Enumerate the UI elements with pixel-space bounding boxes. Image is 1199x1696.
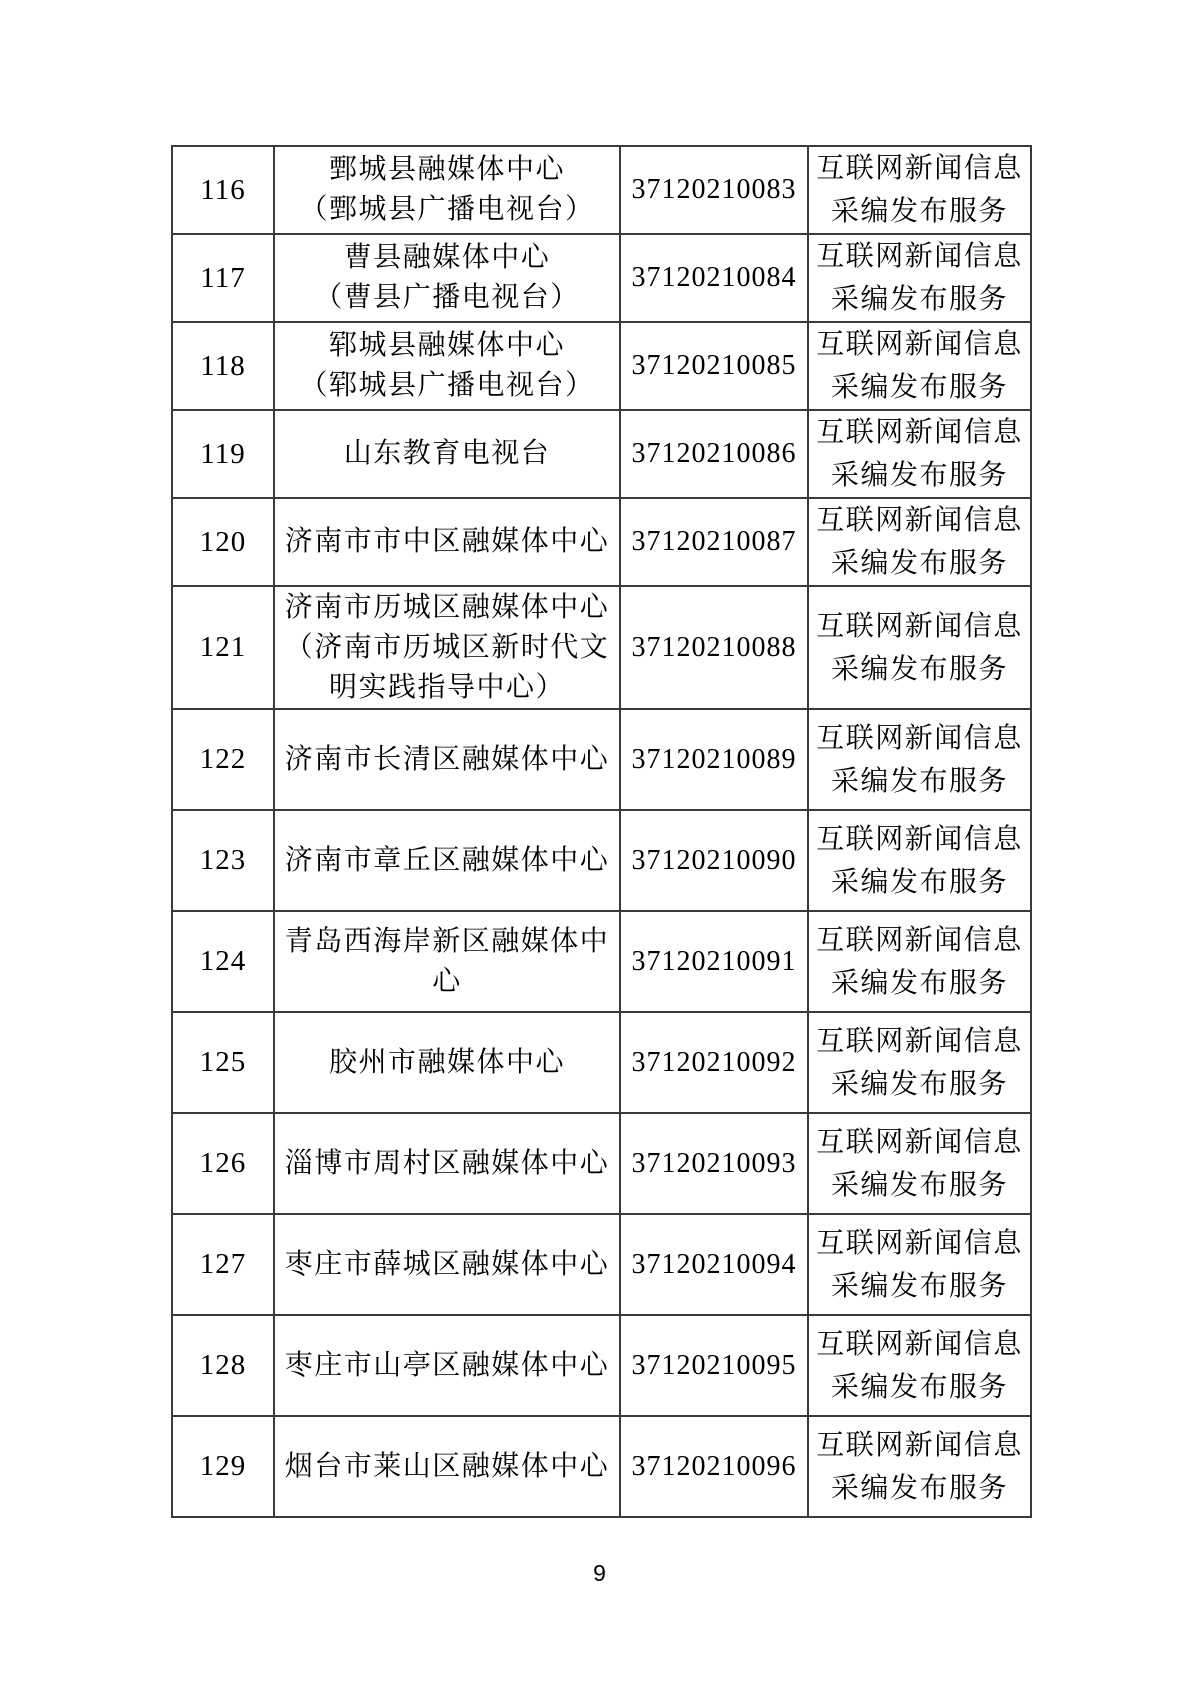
row-index: 128 <box>172 1315 274 1416</box>
service-type-line: 互联网新闻信息 <box>809 717 1030 760</box>
table-row: 126 淄博市周村区融媒体中心 37120210093 互联网新闻信息采编发布服… <box>172 1113 1031 1214</box>
org-name-line: 明实践指导中心） <box>275 668 619 708</box>
org-name-line: 枣庄市山亭区融媒体中心 <box>275 1346 619 1386</box>
row-index: 129 <box>172 1416 274 1517</box>
service-type-line: 互联网新闻信息 <box>809 1020 1030 1063</box>
table-row: 127 枣庄市薛城区融媒体中心 37120210094 互联网新闻信息采编发布服… <box>172 1214 1031 1315</box>
org-name-line: 青岛西海岸新区融媒体中心 <box>275 922 619 1002</box>
license-number: 37120210089 <box>620 709 808 810</box>
document-page: 116 鄄城县融媒体中心（鄄城县广播电视台） 37120210083 互联网新闻… <box>0 0 1199 1696</box>
org-name: 曹县融媒体中心（曹县广播电视台） <box>274 234 620 322</box>
table-row: 116 鄄城县融媒体中心（鄄城县广播电视台） 37120210083 互联网新闻… <box>172 146 1031 234</box>
service-type: 互联网新闻信息采编发布服务 <box>808 586 1031 709</box>
service-type-line: 采编发布服务 <box>809 278 1030 321</box>
table-row: 120 济南市市中区融媒体中心 37120210087 互联网新闻信息采编发布服… <box>172 498 1031 586</box>
service-type-line: 采编发布服务 <box>809 1265 1030 1308</box>
row-index: 124 <box>172 911 274 1012</box>
license-number: 37120210094 <box>620 1214 808 1315</box>
service-type-line: 采编发布服务 <box>809 760 1030 803</box>
org-name-line: （鄄城县广播电视台） <box>275 190 619 230</box>
service-type-line: 采编发布服务 <box>809 1467 1030 1510</box>
service-type-line: 采编发布服务 <box>809 861 1030 904</box>
service-type: 互联网新闻信息采编发布服务 <box>808 709 1031 810</box>
license-number: 37120210096 <box>620 1416 808 1517</box>
table-row: 129 烟台市莱山区融媒体中心 37120210096 互联网新闻信息采编发布服… <box>172 1416 1031 1517</box>
license-number: 37120210090 <box>620 810 808 911</box>
org-name: 烟台市莱山区融媒体中心 <box>274 1416 620 1517</box>
service-type-line: 采编发布服务 <box>809 454 1030 497</box>
license-number: 37120210095 <box>620 1315 808 1416</box>
service-type: 互联网新闻信息采编发布服务 <box>808 1113 1031 1214</box>
row-index: 125 <box>172 1012 274 1113</box>
org-name: 胶州市融媒体中心 <box>274 1012 620 1113</box>
service-type-line: 采编发布服务 <box>809 366 1030 409</box>
service-type-line: 互联网新闻信息 <box>809 1121 1030 1164</box>
service-type: 互联网新闻信息采编发布服务 <box>808 810 1031 911</box>
license-number: 37120210088 <box>620 586 808 709</box>
row-index: 123 <box>172 810 274 911</box>
org-name-line: 枣庄市薛城区融媒体中心 <box>275 1245 619 1285</box>
org-name-line: 济南市市中区融媒体中心 <box>275 522 619 562</box>
license-number: 37120210084 <box>620 234 808 322</box>
license-number: 37120210093 <box>620 1113 808 1214</box>
table-row: 119 山东教育电视台 37120210086 互联网新闻信息采编发布服务 <box>172 410 1031 498</box>
service-type: 互联网新闻信息采编发布服务 <box>808 1012 1031 1113</box>
service-type-line: 采编发布服务 <box>809 962 1030 1005</box>
service-type-line: 互联网新闻信息 <box>809 235 1030 278</box>
org-name: 济南市市中区融媒体中心 <box>274 498 620 586</box>
service-type-line: 互联网新闻信息 <box>809 1323 1030 1366</box>
org-name-line: 山东教育电视台 <box>275 434 619 474</box>
row-index: 118 <box>172 322 274 410</box>
service-type-line: 采编发布服务 <box>809 1366 1030 1409</box>
service-type: 互联网新闻信息采编发布服务 <box>808 146 1031 234</box>
service-type-line: 互联网新闻信息 <box>809 1424 1030 1467</box>
row-index: 116 <box>172 146 274 234</box>
org-name-line: 烟台市莱山区融媒体中心 <box>275 1447 619 1487</box>
org-name-line: 济南市长清区融媒体中心 <box>275 740 619 780</box>
org-name-line: 济南市历城区融媒体中心 <box>275 588 619 628</box>
license-number: 37120210092 <box>620 1012 808 1113</box>
license-number: 37120210091 <box>620 911 808 1012</box>
table-row: 125 胶州市融媒体中心 37120210092 互联网新闻信息采编发布服务 <box>172 1012 1031 1113</box>
service-type-line: 互联网新闻信息 <box>809 919 1030 962</box>
row-index: 117 <box>172 234 274 322</box>
service-type-line: 采编发布服务 <box>809 190 1030 233</box>
service-type: 互联网新闻信息采编发布服务 <box>808 322 1031 410</box>
service-type-line: 互联网新闻信息 <box>809 1222 1030 1265</box>
license-table: 116 鄄城县融媒体中心（鄄城县广播电视台） 37120210083 互联网新闻… <box>171 145 1032 1518</box>
org-name-line: （曹县广播电视台） <box>275 278 619 318</box>
row-index: 121 <box>172 586 274 709</box>
service-type: 互联网新闻信息采编发布服务 <box>808 1315 1031 1416</box>
table-row: 117 曹县融媒体中心（曹县广播电视台） 37120210084 互联网新闻信息… <box>172 234 1031 322</box>
license-number: 37120210083 <box>620 146 808 234</box>
service-type: 互联网新闻信息采编发布服务 <box>808 1214 1031 1315</box>
table-row: 121 济南市历城区融媒体中心（济南市历城区新时代文明实践指导中心） 37120… <box>172 586 1031 709</box>
service-type: 互联网新闻信息采编发布服务 <box>808 234 1031 322</box>
table-row: 118 郓城县融媒体中心（郓城县广播电视台） 37120210085 互联网新闻… <box>172 322 1031 410</box>
org-name: 枣庄市薛城区融媒体中心 <box>274 1214 620 1315</box>
org-name-line: 郓城县融媒体中心 <box>275 326 619 366</box>
org-name-line: 济南市章丘区融媒体中心 <box>275 841 619 881</box>
org-name: 济南市历城区融媒体中心（济南市历城区新时代文明实践指导中心） <box>274 586 620 709</box>
service-type-line: 采编发布服务 <box>809 1063 1030 1106</box>
page-number: 9 <box>0 1560 1199 1587</box>
org-name-line: 鄄城县融媒体中心 <box>275 150 619 190</box>
row-index: 127 <box>172 1214 274 1315</box>
row-index: 122 <box>172 709 274 810</box>
service-type: 互联网新闻信息采编发布服务 <box>808 498 1031 586</box>
table-row: 128 枣庄市山亭区融媒体中心 37120210095 互联网新闻信息采编发布服… <box>172 1315 1031 1416</box>
table-row: 123 济南市章丘区融媒体中心 37120210090 互联网新闻信息采编发布服… <box>172 810 1031 911</box>
license-number: 37120210087 <box>620 498 808 586</box>
org-name: 山东教育电视台 <box>274 410 620 498</box>
org-name: 鄄城县融媒体中心（鄄城县广播电视台） <box>274 146 620 234</box>
license-number: 37120210086 <box>620 410 808 498</box>
org-name: 青岛西海岸新区融媒体中心 <box>274 911 620 1012</box>
service-type: 互联网新闻信息采编发布服务 <box>808 410 1031 498</box>
row-index: 126 <box>172 1113 274 1214</box>
license-number: 37120210085 <box>620 322 808 410</box>
org-name: 济南市章丘区融媒体中心 <box>274 810 620 911</box>
service-type-line: 互联网新闻信息 <box>809 323 1030 366</box>
org-name-line: （郓城县广播电视台） <box>275 366 619 406</box>
service-type-line: 互联网新闻信息 <box>809 818 1030 861</box>
service-type-line: 互联网新闻信息 <box>809 499 1030 542</box>
service-type-line: 互联网新闻信息 <box>809 411 1030 454</box>
table-row: 122 济南市长清区融媒体中心 37120210089 互联网新闻信息采编发布服… <box>172 709 1031 810</box>
org-name-line: 淄博市周村区融媒体中心 <box>275 1144 619 1184</box>
org-name-line: （济南市历城区新时代文 <box>275 628 619 668</box>
org-name: 枣庄市山亭区融媒体中心 <box>274 1315 620 1416</box>
service-type-line: 采编发布服务 <box>809 1164 1030 1207</box>
org-name: 淄博市周村区融媒体中心 <box>274 1113 620 1214</box>
service-type: 互联网新闻信息采编发布服务 <box>808 911 1031 1012</box>
service-type: 互联网新闻信息采编发布服务 <box>808 1416 1031 1517</box>
row-index: 120 <box>172 498 274 586</box>
service-type-line: 采编发布服务 <box>809 542 1030 585</box>
org-name: 郓城县融媒体中心（郓城县广播电视台） <box>274 322 620 410</box>
row-index: 119 <box>172 410 274 498</box>
license-table-body: 116 鄄城县融媒体中心（鄄城县广播电视台） 37120210083 互联网新闻… <box>172 146 1031 1517</box>
org-name: 济南市长清区融媒体中心 <box>274 709 620 810</box>
service-type-line: 采编发布服务 <box>809 648 1030 691</box>
org-name-line: 胶州市融媒体中心 <box>275 1043 619 1083</box>
table-row: 124 青岛西海岸新区融媒体中心 37120210091 互联网新闻信息采编发布… <box>172 911 1031 1012</box>
service-type-line: 互联网新闻信息 <box>809 605 1030 648</box>
service-type-line: 互联网新闻信息 <box>809 147 1030 190</box>
org-name-line: 曹县融媒体中心 <box>275 238 619 278</box>
